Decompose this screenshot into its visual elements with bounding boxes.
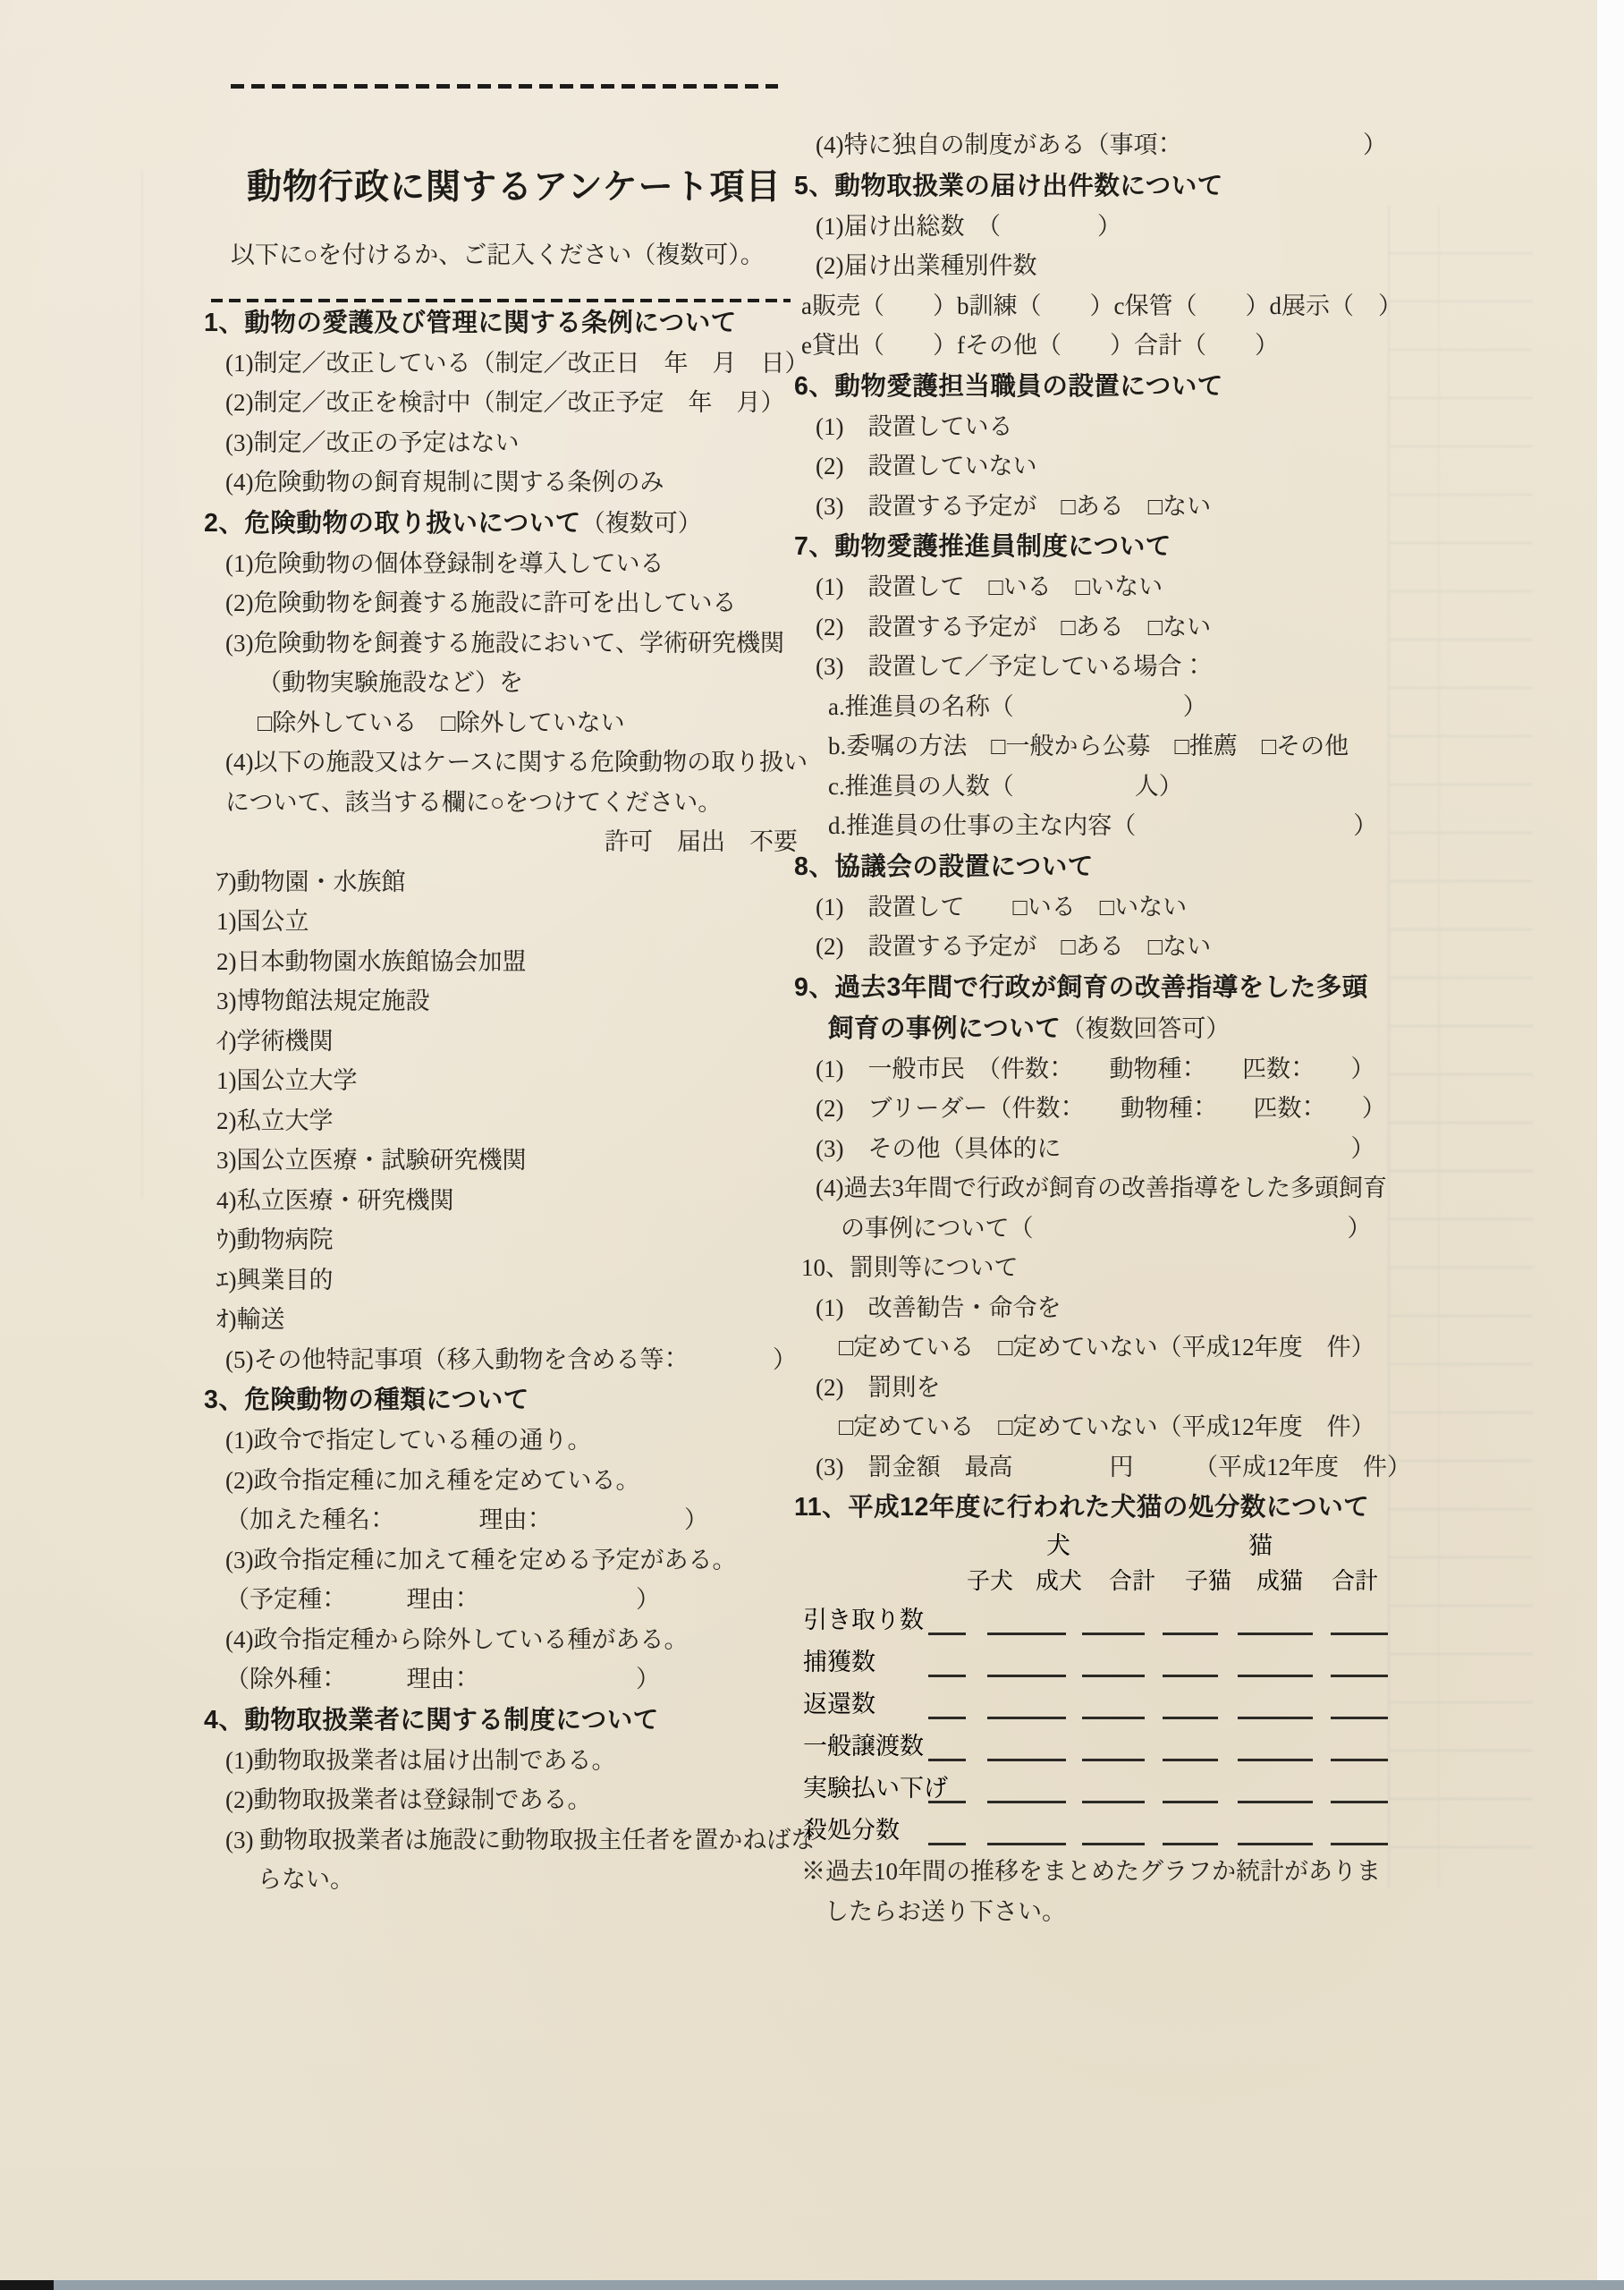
text-line: (1) 設置している bbox=[794, 407, 1413, 447]
disposal-row-label: 実験払い下げ bbox=[803, 1768, 948, 1810]
blank-underline-field bbox=[1331, 1675, 1388, 1677]
blank-underline-field bbox=[1163, 1675, 1218, 1677]
text-line: らない。 bbox=[204, 1860, 796, 1900]
blank-underline-field bbox=[1238, 1717, 1313, 1719]
text-line: (4)過去3年間で行政が飼育の改善指導をした多頭飼育 bbox=[794, 1168, 1413, 1209]
section-6-heading: 6、動物愛護担当職員の設置について bbox=[794, 366, 1413, 407]
disposal-blank-fields bbox=[928, 1759, 1388, 1761]
text-segment: （複数可） bbox=[581, 510, 702, 537]
disposal-row-label: 返還数 bbox=[803, 1684, 875, 1726]
text-line: b.委嘱の方法 □一般から公募 □推薦 □その他 bbox=[794, 726, 1413, 767]
blank-underline-field bbox=[1238, 1843, 1313, 1845]
text-line: (2)危険動物を飼養する施設に許可を出している bbox=[204, 583, 796, 623]
disposal-row-label: 引き取り数 bbox=[803, 1599, 924, 1641]
blank-underline-field bbox=[928, 1759, 966, 1761]
scanned-questionnaire-page: { "page": { "title": "動物行政に関するアンケート項目", … bbox=[0, 0, 1624, 2290]
text-line: (3) 設置する予定が □ある □ない bbox=[794, 487, 1413, 527]
section-10-heading: 10、罰則等について bbox=[794, 1248, 1413, 1288]
text-line: (1) 一般市民 （件数： 動物種： 匹数： ） bbox=[794, 1049, 1413, 1090]
section-11-heading: 11、平成12年度に行われた犬猫の処分数について bbox=[794, 1487, 1413, 1528]
text-line: （除外種： 理由： ） bbox=[204, 1659, 796, 1700]
text-line: ｲ)学術機関 bbox=[204, 1022, 796, 1062]
blank-underline-field bbox=[1082, 1717, 1145, 1719]
disposal-group-header: 犬 bbox=[1046, 1528, 1070, 1564]
blank-underline-field bbox=[1163, 1801, 1218, 1803]
disposal-column-header: 子犬 bbox=[967, 1564, 1013, 1599]
text-line: d.推進員の仕事の主な内容（ ） bbox=[794, 806, 1413, 846]
text-line: (2)政令指定種に加え種を定めている。 bbox=[204, 1461, 796, 1501]
text-line: (2)動物取扱業者は登録制である。 bbox=[204, 1780, 796, 1820]
blank-underline-field bbox=[1163, 1843, 1218, 1845]
text-line: (4)政令指定種から除外している種がある。 bbox=[204, 1620, 796, 1660]
disposal-blank-fields bbox=[928, 1633, 1388, 1635]
text-line: 2)日本動物園水族館協会加盟 bbox=[204, 942, 796, 982]
text-line: 3)博物館法規定施設 bbox=[204, 981, 796, 1022]
text-line: 4)私立医療・研究機関 bbox=[204, 1181, 796, 1221]
permission-column-labels: 許可 届出 不要 bbox=[204, 822, 796, 862]
disposal-blank-fields bbox=[928, 1801, 1388, 1803]
disposal-table-row: 実験払い下げ bbox=[794, 1768, 1413, 1810]
text-line: (5)その他特記事項（移入動物を含める等： ） bbox=[204, 1340, 796, 1380]
text-line: (1)動物取扱業者は届け出制である。 bbox=[204, 1741, 796, 1781]
blank-underline-field bbox=[987, 1843, 1066, 1845]
blank-underline-field bbox=[928, 1717, 966, 1719]
disposal-column-header: 合計 bbox=[1332, 1564, 1378, 1599]
section-5-heading: 5、動物取扱業の届け出件数について bbox=[794, 165, 1413, 207]
blank-underline-field bbox=[987, 1759, 1066, 1761]
text-line: (4)以下の施設又はケースに関する危険動物の取り扱い bbox=[204, 742, 796, 783]
text-segment: （複数回答可） bbox=[1061, 1015, 1230, 1042]
blank-underline-field bbox=[928, 1675, 966, 1677]
text-line: (2) 設置していない bbox=[794, 446, 1413, 487]
text-line: □定めている □定めていない（平成12年度 件） bbox=[794, 1327, 1413, 1368]
blank-underline-field bbox=[1238, 1675, 1313, 1677]
blank-underline-field bbox=[928, 1843, 966, 1845]
disposal-column-header: 成猫 bbox=[1256, 1564, 1303, 1599]
section-1-heading: 1、動物の愛護及び管理に関する条例について bbox=[204, 302, 796, 343]
disposal-group-header: 猫 bbox=[1248, 1528, 1273, 1564]
disposal-table-row: 殺処分数 bbox=[794, 1810, 1413, 1852]
text-line: の事例について（ ） bbox=[794, 1209, 1413, 1249]
text-line: について、該当する欄に○をつけてください。 bbox=[204, 783, 796, 823]
text-line: ｱ)動物園・水族館 bbox=[204, 862, 796, 903]
blank-underline-field bbox=[987, 1633, 1066, 1635]
blank-underline-field bbox=[1163, 1717, 1218, 1719]
disposal-column-header: 子猫 bbox=[1185, 1564, 1231, 1599]
disposal-blank-fields bbox=[928, 1843, 1388, 1845]
blank-underline-field bbox=[1238, 1633, 1313, 1635]
disposal-table-column-header-row: 子犬成犬合計子猫成猫合計 bbox=[794, 1564, 1413, 1599]
text-line: (1)届け出総数 （ ） bbox=[794, 207, 1413, 247]
blank-underline-field bbox=[928, 1633, 966, 1635]
blank-underline-field bbox=[1238, 1759, 1313, 1761]
blank-underline-field bbox=[987, 1717, 1066, 1719]
blank-underline-field bbox=[1331, 1801, 1388, 1803]
blank-underline-field bbox=[987, 1675, 1066, 1677]
text-line: (1) 改善勧告・命令を bbox=[794, 1288, 1413, 1328]
text-line: (1) 設置して □いる □いない bbox=[794, 567, 1413, 607]
scanner-edge-black bbox=[0, 2280, 54, 2290]
text-line: (3)危険動物を飼養する施設において、学術研究機関 bbox=[204, 623, 796, 664]
blank-underline-field bbox=[1331, 1633, 1388, 1635]
graph-request-note: したらお送り下さい。 bbox=[794, 1892, 1413, 1932]
right-text-column: (4)特に独自の制度がある（事項： ）5、動物取扱業の届け出件数について(1)届… bbox=[794, 125, 1413, 1931]
blank-underline-field bbox=[1163, 1759, 1218, 1761]
text-line: 1)国公立 bbox=[204, 902, 796, 942]
text-line: （予定種： 理由： ） bbox=[204, 1580, 796, 1620]
blank-underline-field bbox=[1331, 1759, 1388, 1761]
text-line: □定めている □定めていない（平成12年度 件） bbox=[794, 1407, 1413, 1447]
text-line: (2) ブリーダー（件数： 動物種： 匹数： ） bbox=[794, 1089, 1413, 1129]
blank-underline-field bbox=[1082, 1675, 1145, 1677]
text-line: (1) 設置して □いる □いない bbox=[794, 887, 1413, 928]
bleed-through-line-ghost bbox=[141, 170, 143, 1199]
text-line: □除外している □除外していない bbox=[204, 703, 796, 743]
page-instruction: 以下に○を付けるか、ご記入ください（複数可）。 bbox=[204, 235, 796, 276]
disposal-row-label: 捕獲数 bbox=[803, 1641, 875, 1684]
disposal-blank-fields bbox=[928, 1675, 1388, 1677]
blank-underline-field bbox=[987, 1801, 1066, 1803]
disposal-blank-fields bbox=[928, 1717, 1388, 1719]
text-line: （加えた種名： 理由： ） bbox=[204, 1500, 796, 1540]
text-line: e貸出（ ）fその他（ ）合計（ ） bbox=[794, 326, 1413, 366]
disposal-table-row: 一般譲渡数 bbox=[794, 1726, 1413, 1768]
text-segment: 2、危険動物の取り扱いについて bbox=[204, 509, 581, 538]
text-line: (2) 罰則を bbox=[794, 1368, 1413, 1408]
blank-underline-field bbox=[1331, 1717, 1388, 1719]
text-line: (3) 動物取扱業者は施設に動物取扱主任者を置かねばな bbox=[204, 1820, 796, 1861]
disposal-table-row: 返還数 bbox=[794, 1684, 1413, 1726]
section-8-heading: 8、協議会の設置について bbox=[794, 846, 1413, 887]
blank-underline-field bbox=[1238, 1801, 1313, 1803]
text-line: (3)制定／改正の予定はない bbox=[204, 423, 796, 463]
text-line: (1)制定／改正している（制定／改正日 年 月 日） bbox=[204, 343, 796, 384]
left-text-column: 動物行政に関するアンケート項目以下に○を付けるか、ご記入ください（複数可）。1、… bbox=[204, 79, 796, 1900]
section-7-heading: 7、動物愛護推進員制度について bbox=[794, 526, 1413, 567]
disposal-row-label: 一般譲渡数 bbox=[803, 1726, 924, 1768]
blank-underline-field bbox=[1082, 1759, 1145, 1761]
text-line: (4)特に独自の制度がある（事項： ） bbox=[794, 125, 1413, 165]
blank-underline-field bbox=[1163, 1633, 1218, 1635]
text-line: 1)国公立大学 bbox=[204, 1061, 796, 1101]
blank-underline-field bbox=[1082, 1801, 1145, 1803]
text-line: a販売（ ）b訓練（ ）c保管（ ）d展示（ ） bbox=[794, 286, 1413, 327]
text-line: (2)制定／改正を検討中（制定／改正予定 年 月） bbox=[204, 383, 796, 423]
section-3-heading: 3、危険動物の種類について bbox=[204, 1379, 796, 1421]
text-line: (2) 設置する予定が □ある □ない bbox=[794, 927, 1413, 967]
page-title: 動物行政に関するアンケート項目 bbox=[204, 164, 796, 212]
text-line: 2)私立大学 bbox=[204, 1101, 796, 1141]
text-line: (1)政令で指定している種の通り。 bbox=[204, 1421, 796, 1461]
scanner-edge-strip bbox=[0, 2280, 1624, 2290]
text-line: (4)危険動物の飼育規制に関する条例のみ bbox=[204, 462, 796, 503]
section-heading: 飼育の事例について（複数回答可） bbox=[794, 1008, 1413, 1049]
text-line: ｵ)輸送 bbox=[204, 1300, 796, 1340]
section-2-heading: 2、危険動物の取り扱いについて（複数可） bbox=[204, 503, 796, 544]
text-line: (3) その他（具体的に ） bbox=[794, 1129, 1413, 1169]
disposal-column-header: 合計 bbox=[1109, 1564, 1155, 1599]
text-line: (3) 罰金額 最高 円 （平成12年度 件） bbox=[794, 1447, 1413, 1488]
text-line: (3) 設置して／予定している場合： bbox=[794, 647, 1413, 687]
text-line: (3)政令指定種に加えて種を定める予定がある。 bbox=[204, 1540, 796, 1581]
disposal-column-header: 成犬 bbox=[1036, 1564, 1082, 1599]
disposal-table-row: 捕獲数 bbox=[794, 1641, 1413, 1684]
disposal-table-group-header-row: 犬猫 bbox=[794, 1528, 1413, 1564]
section-4-heading: 4、動物取扱業者に関する制度について bbox=[204, 1700, 796, 1741]
blank-underline-field bbox=[1082, 1843, 1145, 1845]
disposal-row-label: 殺処分数 bbox=[803, 1810, 900, 1852]
text-line: （動物実験施設など）を bbox=[204, 663, 796, 703]
graph-request-note: ※過去10年間の推移をまとめたグラフか統計がありま bbox=[794, 1852, 1413, 1892]
text-line: ｴ)興業目的 bbox=[204, 1260, 796, 1301]
text-line: c.推進員の人数（ 人） bbox=[794, 767, 1413, 807]
text-segment: 飼育の事例について bbox=[828, 1014, 1061, 1043]
blank-underline-field bbox=[928, 1801, 966, 1803]
text-line: 3)国公立医療・試験研究機関 bbox=[204, 1141, 796, 1181]
blank-underline-field bbox=[1082, 1633, 1145, 1635]
dashed-divider-top bbox=[231, 84, 778, 89]
disposal-table-row: 引き取り数 bbox=[794, 1599, 1413, 1641]
text-line: a.推進員の名称（ ） bbox=[794, 687, 1413, 727]
blank-underline-field bbox=[1331, 1843, 1388, 1845]
text-line: (2) 設置する予定が □ある □ない bbox=[794, 607, 1413, 648]
text-line: ｳ)動物病院 bbox=[204, 1220, 796, 1260]
section-9-heading: 9、過去3年間で行政が飼育の改善指導をした多頭 bbox=[794, 967, 1413, 1008]
text-line: (2)届け出業種別件数 bbox=[794, 246, 1413, 286]
text-line: (1)危険動物の個体登録制を導入している bbox=[204, 544, 796, 584]
